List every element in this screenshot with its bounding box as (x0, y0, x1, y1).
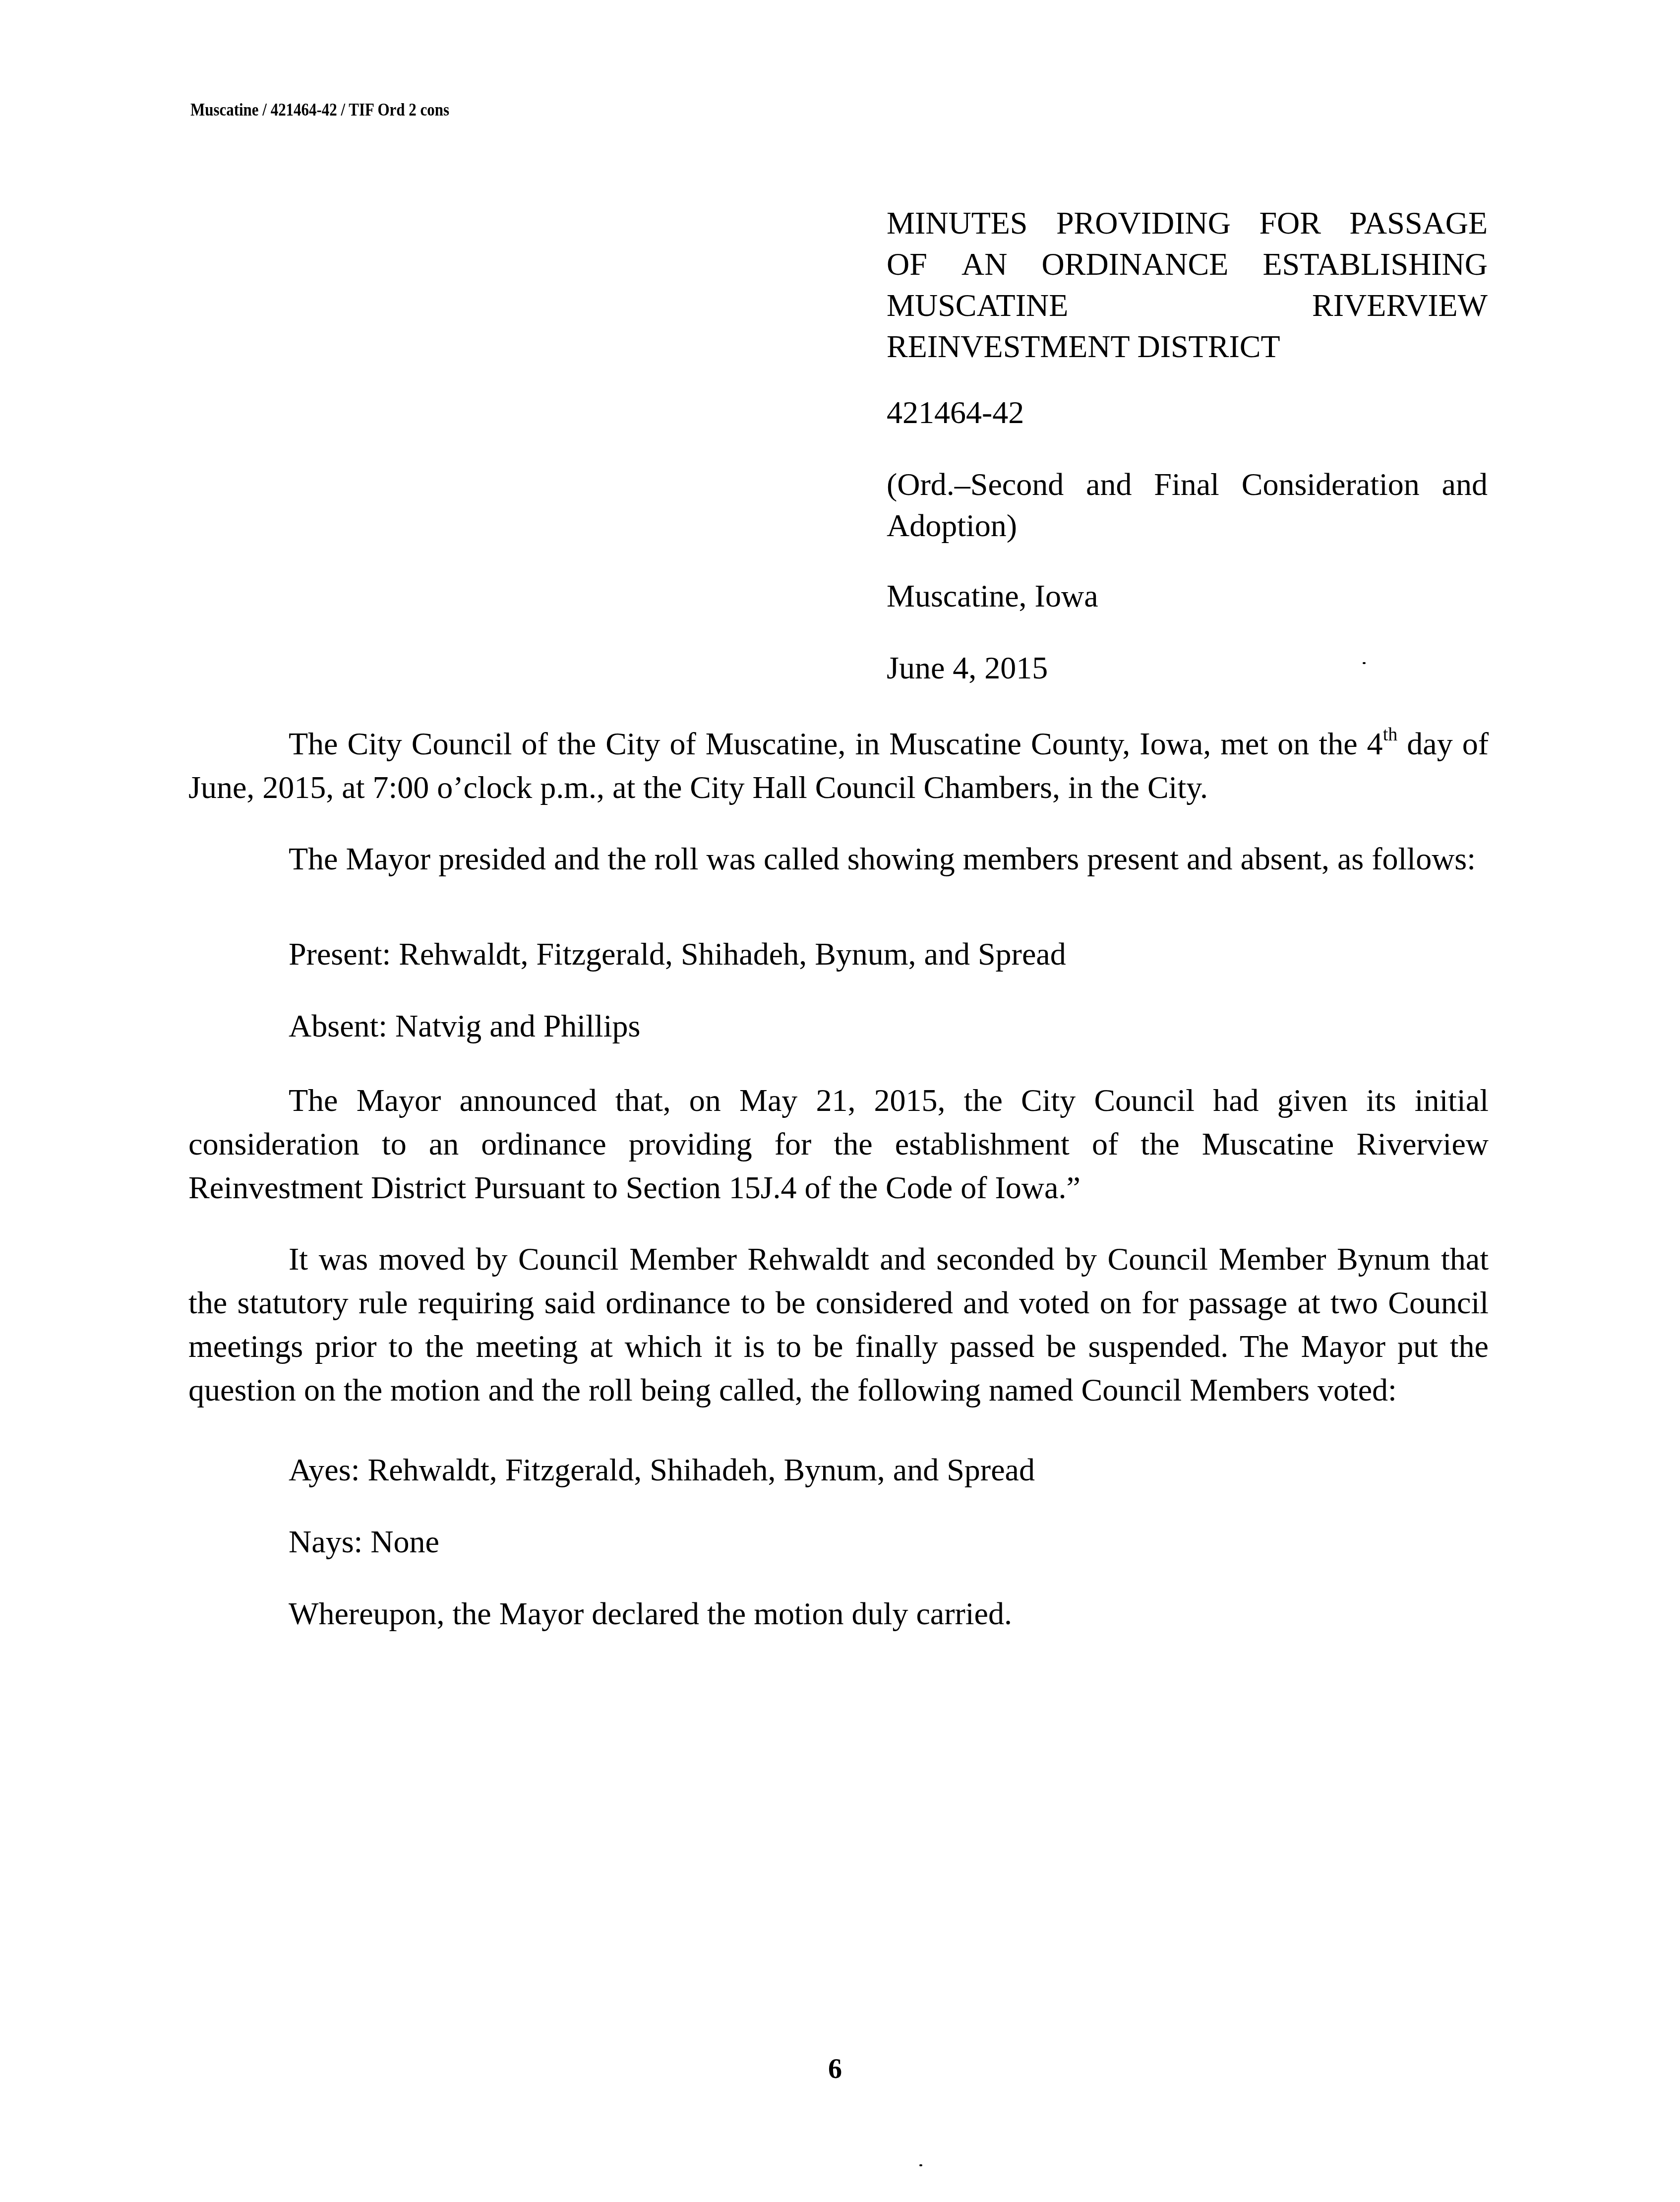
ordinal-suffix: th (1383, 724, 1398, 745)
title-word: ORDINANCE (1041, 244, 1228, 285)
page-number: 6 (828, 2053, 842, 2085)
minutes-title: MINUTESPROVIDINGFORPASSAGE OFANORDINANCE… (887, 202, 1488, 367)
meeting-date: June 4, 2015 (887, 647, 1488, 688)
scan-speck (1363, 662, 1366, 664)
title-word: AN (961, 244, 1007, 285)
title-word-riverview: RIVERVIEW (1312, 285, 1488, 326)
present-members: Present: Rehwaldt, Fitzgerald, Shihadeh,… (289, 932, 1066, 976)
title-word: OF (887, 244, 927, 285)
title-word: FOR (1259, 202, 1321, 244)
title-line-4: REINVESTMENT DISTRICT (887, 326, 1488, 367)
title-word: PASSAGE (1349, 202, 1488, 244)
title-line-1: MINUTESPROVIDINGFORPASSAGE (887, 202, 1488, 244)
paragraph-motion: It was moved by Council Member Rehwaldt … (188, 1237, 1489, 1412)
title-word-muscatine: MUSCATINE (887, 285, 1068, 326)
meeting-location: Muscatine, Iowa (887, 575, 1488, 616)
title-word: ESTABLISHING (1262, 244, 1488, 285)
ordinance-note: (Ord.–Second and Final Consideration and… (887, 464, 1488, 546)
paragraph-roll-call: The Mayor presided and the roll was call… (188, 837, 1489, 881)
file-number: 421464-42 (887, 392, 1488, 433)
paragraph-mayor-announcement: The Mayor announced that, on May 21, 201… (188, 1079, 1489, 1210)
title-line-2: OFANORDINANCEESTABLISHING (887, 244, 1488, 285)
nays-votes: Nays: None (289, 1520, 439, 1564)
scan-speck (919, 2164, 922, 2166)
absent-members: Absent: Natvig and Phillips (289, 1004, 640, 1048)
document-reference-header: Muscatine / 421464-42 / TIF Ord 2 cons (190, 99, 449, 120)
motion-carried-statement: Whereupon, the Mayor declared the motion… (289, 1592, 1012, 1636)
para1-text: The City Council of the City of Muscatin… (289, 726, 1383, 761)
title-line-3: MUSCATINE RIVERVIEW (887, 285, 1488, 326)
paragraph-meeting-convened: The City Council of the City of Muscatin… (188, 722, 1489, 809)
title-word: MINUTES (887, 202, 1027, 244)
ayes-votes: Ayes: Rehwaldt, Fitzgerald, Shihadeh, By… (289, 1448, 1035, 1492)
title-word: PROVIDING (1056, 202, 1231, 244)
